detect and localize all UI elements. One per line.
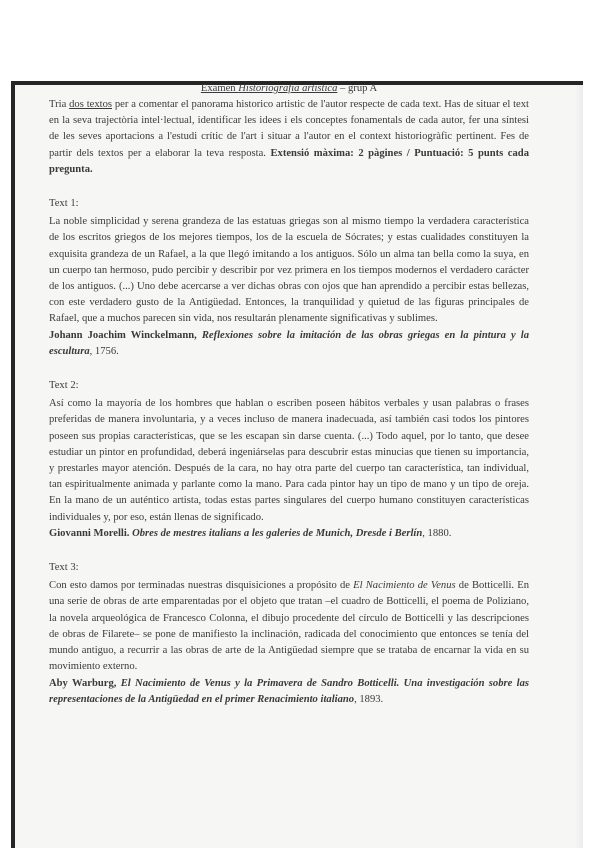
text-3-work: El Nacimiento de Venus y la Primavera de… <box>49 678 529 705</box>
text-2-label: Text 2: <box>49 378 529 394</box>
text-2-year: , 1880. <box>422 528 451 539</box>
text-2-citation: Giovanni Morelli. Obres de mestres itali… <box>49 526 529 542</box>
instructions-text-1: Tria <box>49 99 69 110</box>
exam-document: Examen Historiografia artística – grup A… <box>49 81 529 708</box>
text-1-year: , 1756. <box>90 346 119 357</box>
text-3-citation: Aby Warburg, El Nacimiento de Venus y la… <box>49 676 529 708</box>
text-3-body-rest: de Botticelli. En una serie de obras de … <box>49 580 529 672</box>
text-1-body: La noble simplicidad y serena grandeza d… <box>49 214 529 327</box>
instructions-underlined: dos textos <box>69 99 112 110</box>
title-group: – grup A <box>337 83 377 94</box>
text-1-author: Johann Joachim Winckelmann, <box>49 330 202 341</box>
text-3-author: Aby Warburg, <box>49 678 121 689</box>
text-1-citation: Johann Joachim Winckelmann, Reflexiones … <box>49 328 529 360</box>
exam-title: Examen Historiografia artística – grup A <box>49 81 529 97</box>
title-prefix: Examen <box>201 83 238 94</box>
text-3-body-title: El Nacimiento de Venus <box>353 580 455 591</box>
exam-instructions: Tria dos textos per a comentar el panora… <box>49 97 529 178</box>
text-3-year: , 1893. <box>354 694 383 705</box>
text-2-work: Obres de mestres italians a les galeries… <box>132 528 422 539</box>
text-3-body-prefix: Con esto damos por terminadas nuestras d… <box>49 580 353 591</box>
text-3-body: Con esto damos por terminadas nuestras d… <box>49 578 529 675</box>
text-2-section: Text 2: Así como la mayoría de los hombr… <box>49 378 529 542</box>
text-2-body: Así como la mayoría de los hombres que h… <box>49 396 529 526</box>
text-1-label: Text 1: <box>49 196 529 212</box>
text-3-section: Text 3: Con esto damos por terminadas nu… <box>49 560 529 708</box>
text-3-label: Text 3: <box>49 560 529 576</box>
text-2-author: Giovanni Morelli. <box>49 528 132 539</box>
text-1-section: Text 1: La noble simplicidad y serena gr… <box>49 196 529 360</box>
title-subject: Historiografia artística <box>238 83 337 94</box>
